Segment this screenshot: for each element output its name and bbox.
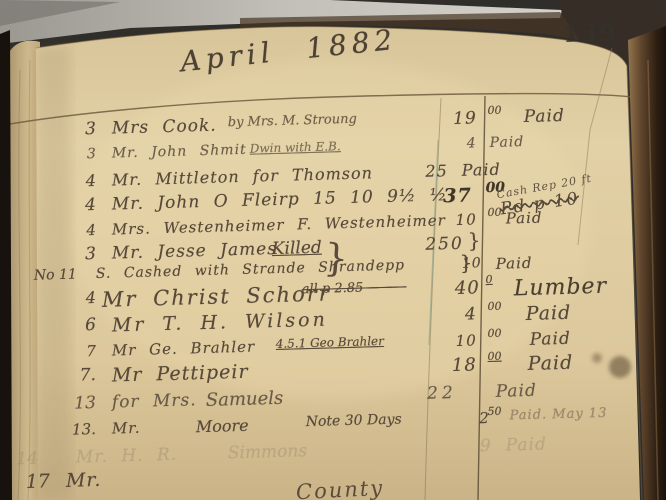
day-number: No 11 — [34, 267, 77, 284]
day-number: 7 — [60, 342, 96, 361]
entry-extra: by Mrs. M. Stroung — [228, 112, 357, 131]
amount-dollars: 22 — [405, 383, 458, 404]
payment-status: Lumber — [513, 274, 607, 302]
payment-status: Paid — [495, 381, 537, 402]
amount-dollars: 37 — [419, 185, 472, 208]
amount-cents: 0 — [485, 273, 492, 286]
amount-dollars: 10 — [429, 255, 481, 272]
amount-cents: 00 — [487, 327, 501, 340]
day-number: 3 — [60, 119, 97, 140]
entry-description: Mr. Jesse James — [112, 239, 278, 264]
payment-status: Paid — [505, 434, 547, 455]
day-number: 4 — [60, 195, 97, 216]
brace-mark: } — [467, 228, 480, 252]
payment-status: Paid — [525, 302, 571, 325]
payment-status: Paid — [529, 329, 571, 350]
ledger-photo: April 1882 139 3 Mrs Cook. by Mrs. M. St… — [0, 0, 666, 500]
payment-status: Paid — [527, 352, 573, 375]
amount-dollars: 250 — [411, 234, 464, 255]
handwriting-layer: April 1882 139 3 Mrs Cook. by Mrs. M. St… — [0, 0, 666, 500]
amount-cents: 50 — [487, 405, 501, 418]
entry-description: Mr. — [66, 469, 102, 492]
payment-status: Paid — [489, 134, 524, 151]
entry-description: Mr Christ Schorr — [102, 281, 331, 311]
payment-status: Paid — [461, 160, 500, 180]
amount-dollars: 10 — [424, 210, 476, 229]
day-number: 4 — [60, 221, 96, 240]
entry-description: Mrs Cook. — [112, 116, 217, 139]
entry-extra: Dwin with E.B. — [250, 139, 341, 156]
entry-extra: 4.5.1 Geo Brahler — [276, 334, 385, 351]
day-number: 17 — [20, 470, 51, 493]
amount-dollars: 40 — [427, 277, 480, 299]
day-number: 14 — [8, 449, 39, 470]
entry-description: Mr Ge. Brahler — [112, 338, 256, 360]
entry-extra: Samuels — [206, 388, 284, 411]
entry-extra: Simmons — [228, 441, 308, 463]
payment-status: Paid. May 13 — [509, 406, 607, 424]
entry-extra: all p 2.85 ——— — [302, 279, 407, 297]
day-number: 3 — [60, 244, 97, 265]
entry-description: Mr. H. R. — [76, 445, 178, 468]
entry-note: Note 30 Days — [306, 411, 402, 430]
entry-description: for Mrs. — [112, 390, 197, 412]
payment-status: Paid — [523, 106, 565, 127]
day-number: 13 — [60, 393, 97, 414]
amount-cents: 00 — [487, 300, 501, 313]
amount-cents: 00 — [487, 104, 501, 117]
day-number: 6 — [60, 315, 97, 336]
entry-description: Mr. John Shmit — [112, 142, 247, 162]
big-brace-mark: } — [322, 235, 349, 281]
entry-extra: Moore — [196, 416, 249, 436]
entry-extra: Killed — [272, 238, 323, 259]
amount-dollars: 10 — [424, 331, 476, 350]
day-number: 3 — [60, 146, 96, 163]
day-number: 4 — [60, 171, 97, 191]
amount-dollars: 25 — [396, 161, 449, 181]
entry-description: Mr. — [112, 419, 141, 438]
brace-mark: } — [459, 250, 472, 274]
amount-dollars: 2 — [437, 409, 489, 428]
amount-dollars: 4 — [424, 135, 476, 152]
footer-county: County — [295, 476, 384, 500]
entry-description: Mr T. H. Wilson — [112, 309, 328, 337]
day-number: 7. — [60, 365, 97, 386]
amount-cents: 00 — [487, 350, 501, 363]
day-number: 4 — [60, 288, 97, 308]
amount-dollars: 9 — [439, 436, 492, 457]
entry-description: Mr Pettipeir — [112, 361, 249, 387]
payment-status: Paid — [495, 254, 532, 273]
page-title: April 1882 — [179, 23, 399, 79]
page-number: 139 — [563, 19, 618, 48]
amount-dollars: 4 — [424, 304, 477, 325]
day-number: 13. — [60, 420, 96, 439]
amount-dollars: 18 — [424, 354, 477, 376]
amount-dollars: 19 — [424, 108, 477, 129]
